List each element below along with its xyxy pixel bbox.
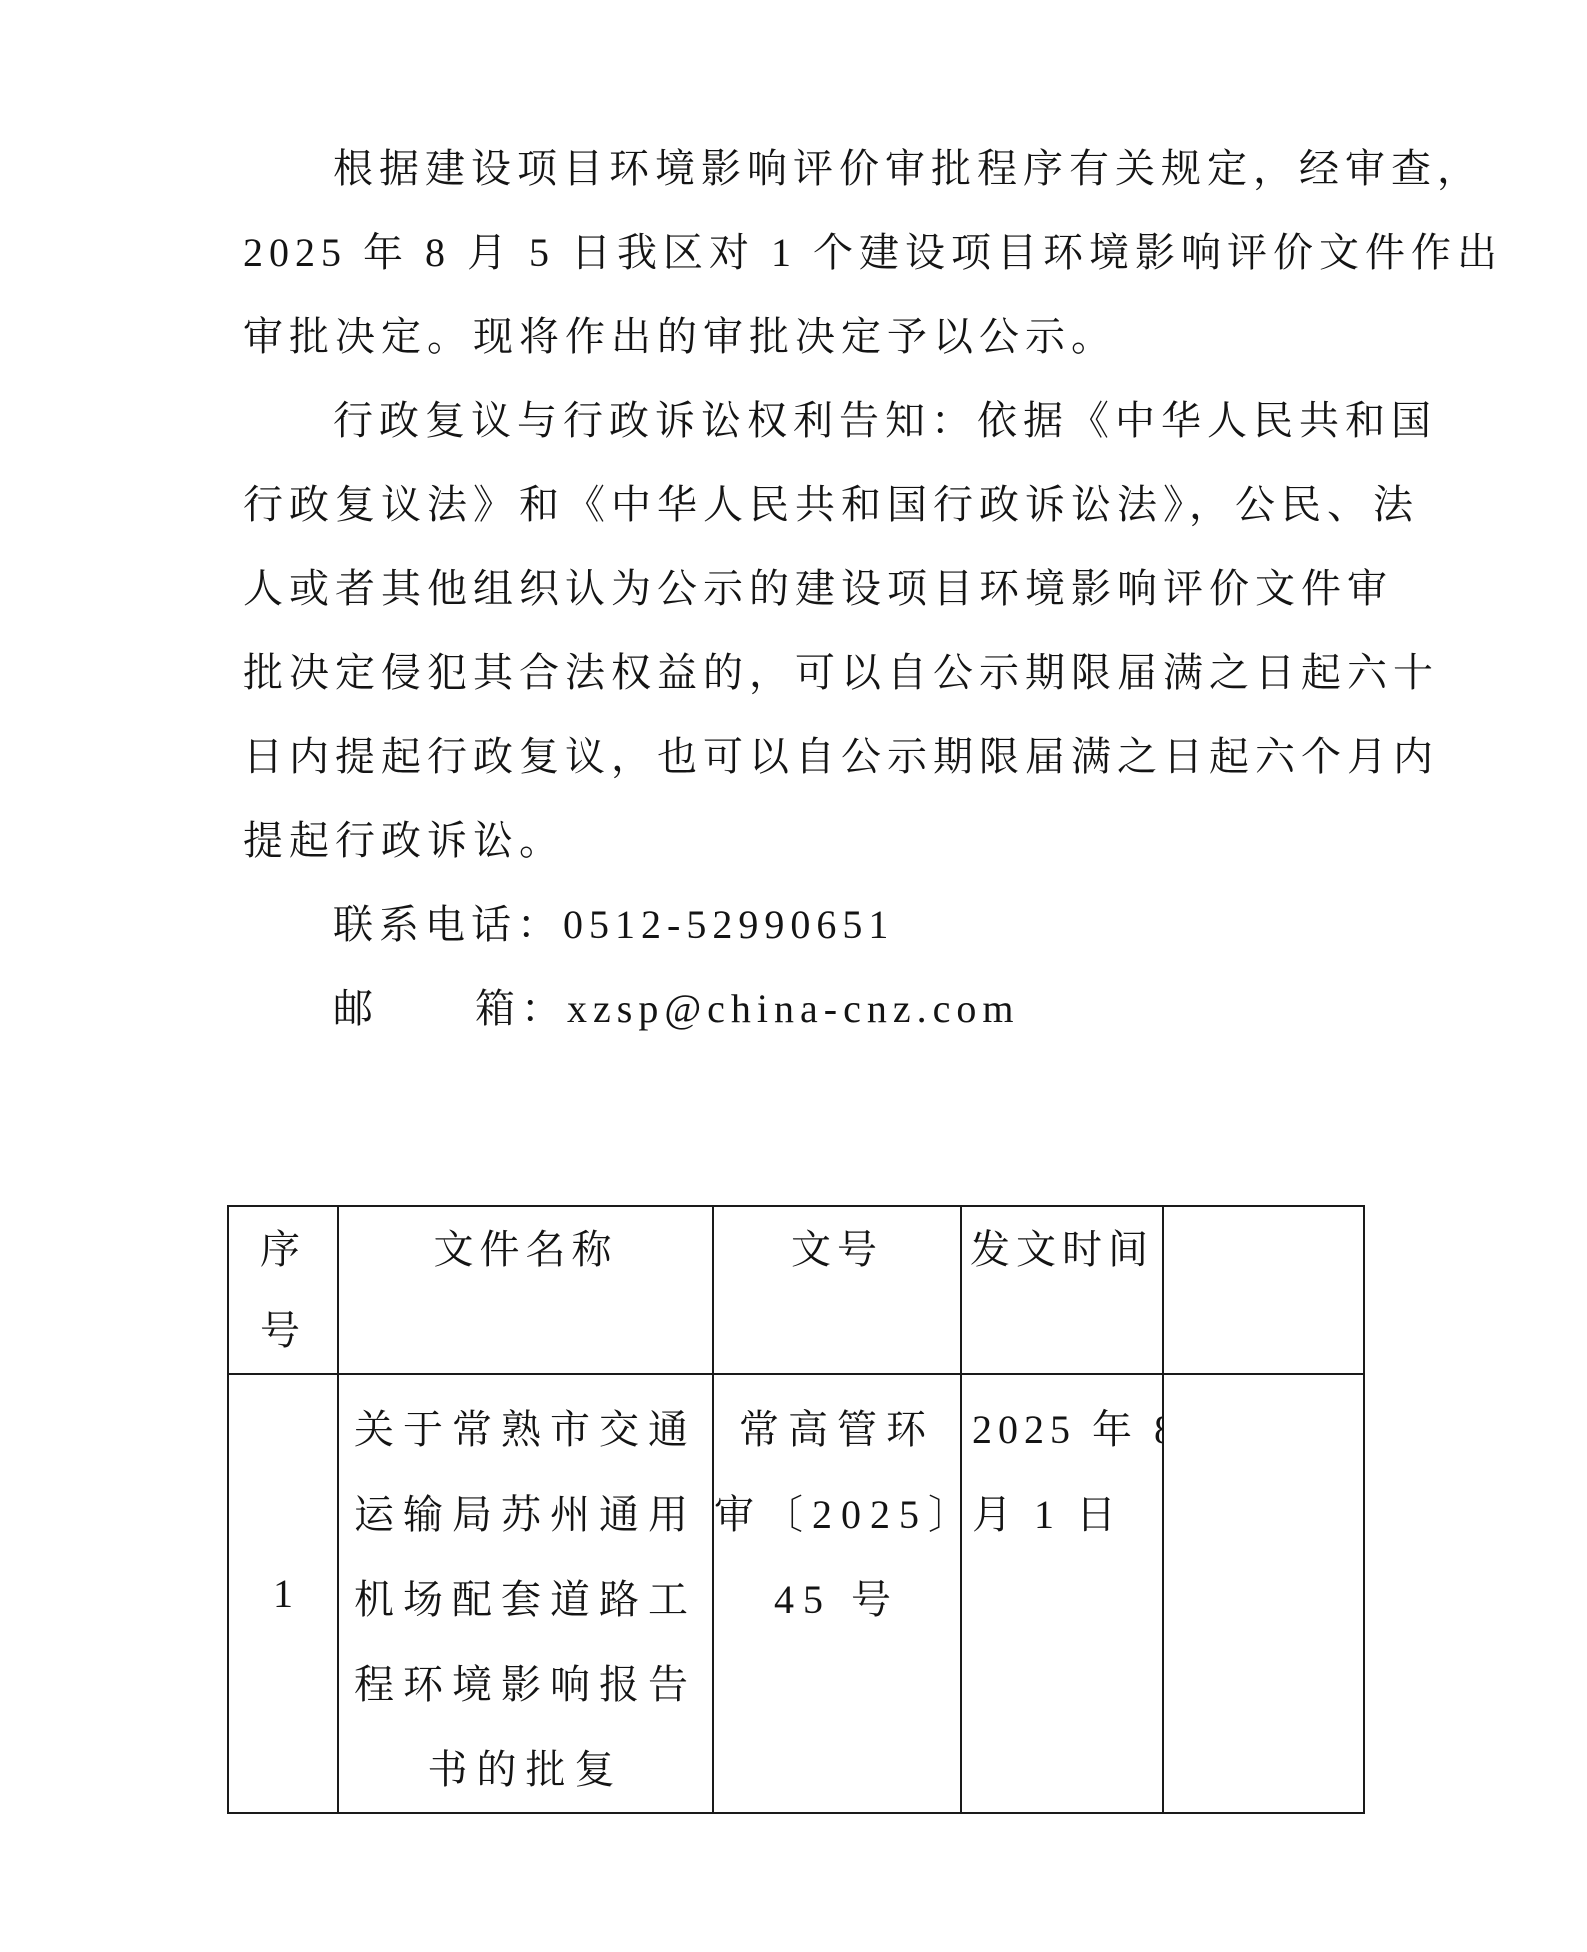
cell-line: 1 <box>229 1551 337 1636</box>
cell-doc-name: 关于常熟市交通运输局苏州通用机场配套道路工程环境影响报告书的批复 <box>338 1374 713 1813</box>
header-line: 序 <box>229 1209 337 1290</box>
text-line-intro: 2025 年 8 月 5 日我区对 1 个建设项目环境影响评价文件作出 <box>243 211 1473 295</box>
text-line-rights-notice: 人或者其他组织认为公示的建设项目环境影响评价文件审 <box>243 547 1473 631</box>
header-extra <box>1163 1206 1364 1374</box>
header-issue-date: 发文时间 <box>961 1206 1163 1374</box>
cell-line: 关于常熟市交通 <box>339 1387 712 1472</box>
text-line-rights-notice: 提起行政诉讼。 <box>243 799 1473 883</box>
approval-table: 序号文件名称文号发文时间 1关于常熟市交通运输局苏州通用机场配套道路工程环境影响… <box>227 1205 1365 1814</box>
cell-line: 常高管环 <box>714 1387 960 1472</box>
text-line-intro: 审批决定。现将作出的审批决定予以公示。 <box>243 295 1473 379</box>
cell-serial-no: 1 <box>228 1374 338 1813</box>
cell-line: 45 号 <box>714 1557 960 1642</box>
cell-line: 机场配套道路工 <box>339 1557 712 1642</box>
header-line: 文件名称 <box>339 1209 712 1290</box>
header-doc-number: 文号 <box>713 1206 961 1374</box>
document-text: 根据建设项目环境影响评价审批程序有关规定，经审查，2025 年 8 月 5 日我… <box>243 127 1473 1051</box>
header-serial-no: 序号 <box>228 1206 338 1374</box>
cell-line: 运输局苏州通用 <box>339 1472 712 1557</box>
text-line-contact-phone: 联系电话：0512-52990651 <box>243 883 1473 967</box>
cell-line: 书的批复 <box>339 1727 712 1812</box>
text-line-rights-notice: 行政复议法》和《中华人民共和国行政诉讼法》，公民、法 <box>243 463 1473 547</box>
cell-issue-date: 2025 年 8月 1 日 <box>961 1374 1163 1813</box>
document-page: 根据建设项目环境影响评价审批程序有关规定，经审查，2025 年 8 月 5 日我… <box>0 0 1587 1952</box>
cell-line: 程环境影响报告 <box>339 1642 712 1727</box>
table-header-row: 序号文件名称文号发文时间 <box>228 1206 1364 1374</box>
header-doc-name: 文件名称 <box>338 1206 713 1374</box>
cell-extra <box>1163 1374 1364 1813</box>
text-line-contact-email: 邮 箱：xzsp@china-cnz.com <box>243 967 1473 1051</box>
text-line-intro: 根据建设项目环境影响评价审批程序有关规定，经审查， <box>243 127 1473 211</box>
header-line: 发文时间 <box>962 1209 1162 1290</box>
table-row: 1关于常熟市交通运输局苏州通用机场配套道路工程环境影响报告书的批复常高管环审〔2… <box>228 1374 1364 1813</box>
header-line: 文号 <box>714 1209 960 1290</box>
text-line-rights-notice: 日内提起行政复议，也可以自公示期限届满之日起六个月内 <box>243 715 1473 799</box>
cell-line: 审〔2025〕 <box>714 1472 960 1557</box>
cell-line: 月 1 日 <box>972 1472 1162 1557</box>
cell-doc-number: 常高管环审〔2025〕45 号 <box>713 1374 961 1813</box>
table-body: 1关于常熟市交通运输局苏州通用机场配套道路工程环境影响报告书的批复常高管环审〔2… <box>228 1374 1364 1813</box>
header-line: 号 <box>229 1290 337 1371</box>
text-line-rights-notice: 行政复议与行政诉讼权利告知：依据《中华人民共和国 <box>243 379 1473 463</box>
cell-line: 2025 年 8 <box>972 1387 1162 1472</box>
text-line-rights-notice: 批决定侵犯其合法权益的，可以自公示期限届满之日起六十 <box>243 631 1473 715</box>
